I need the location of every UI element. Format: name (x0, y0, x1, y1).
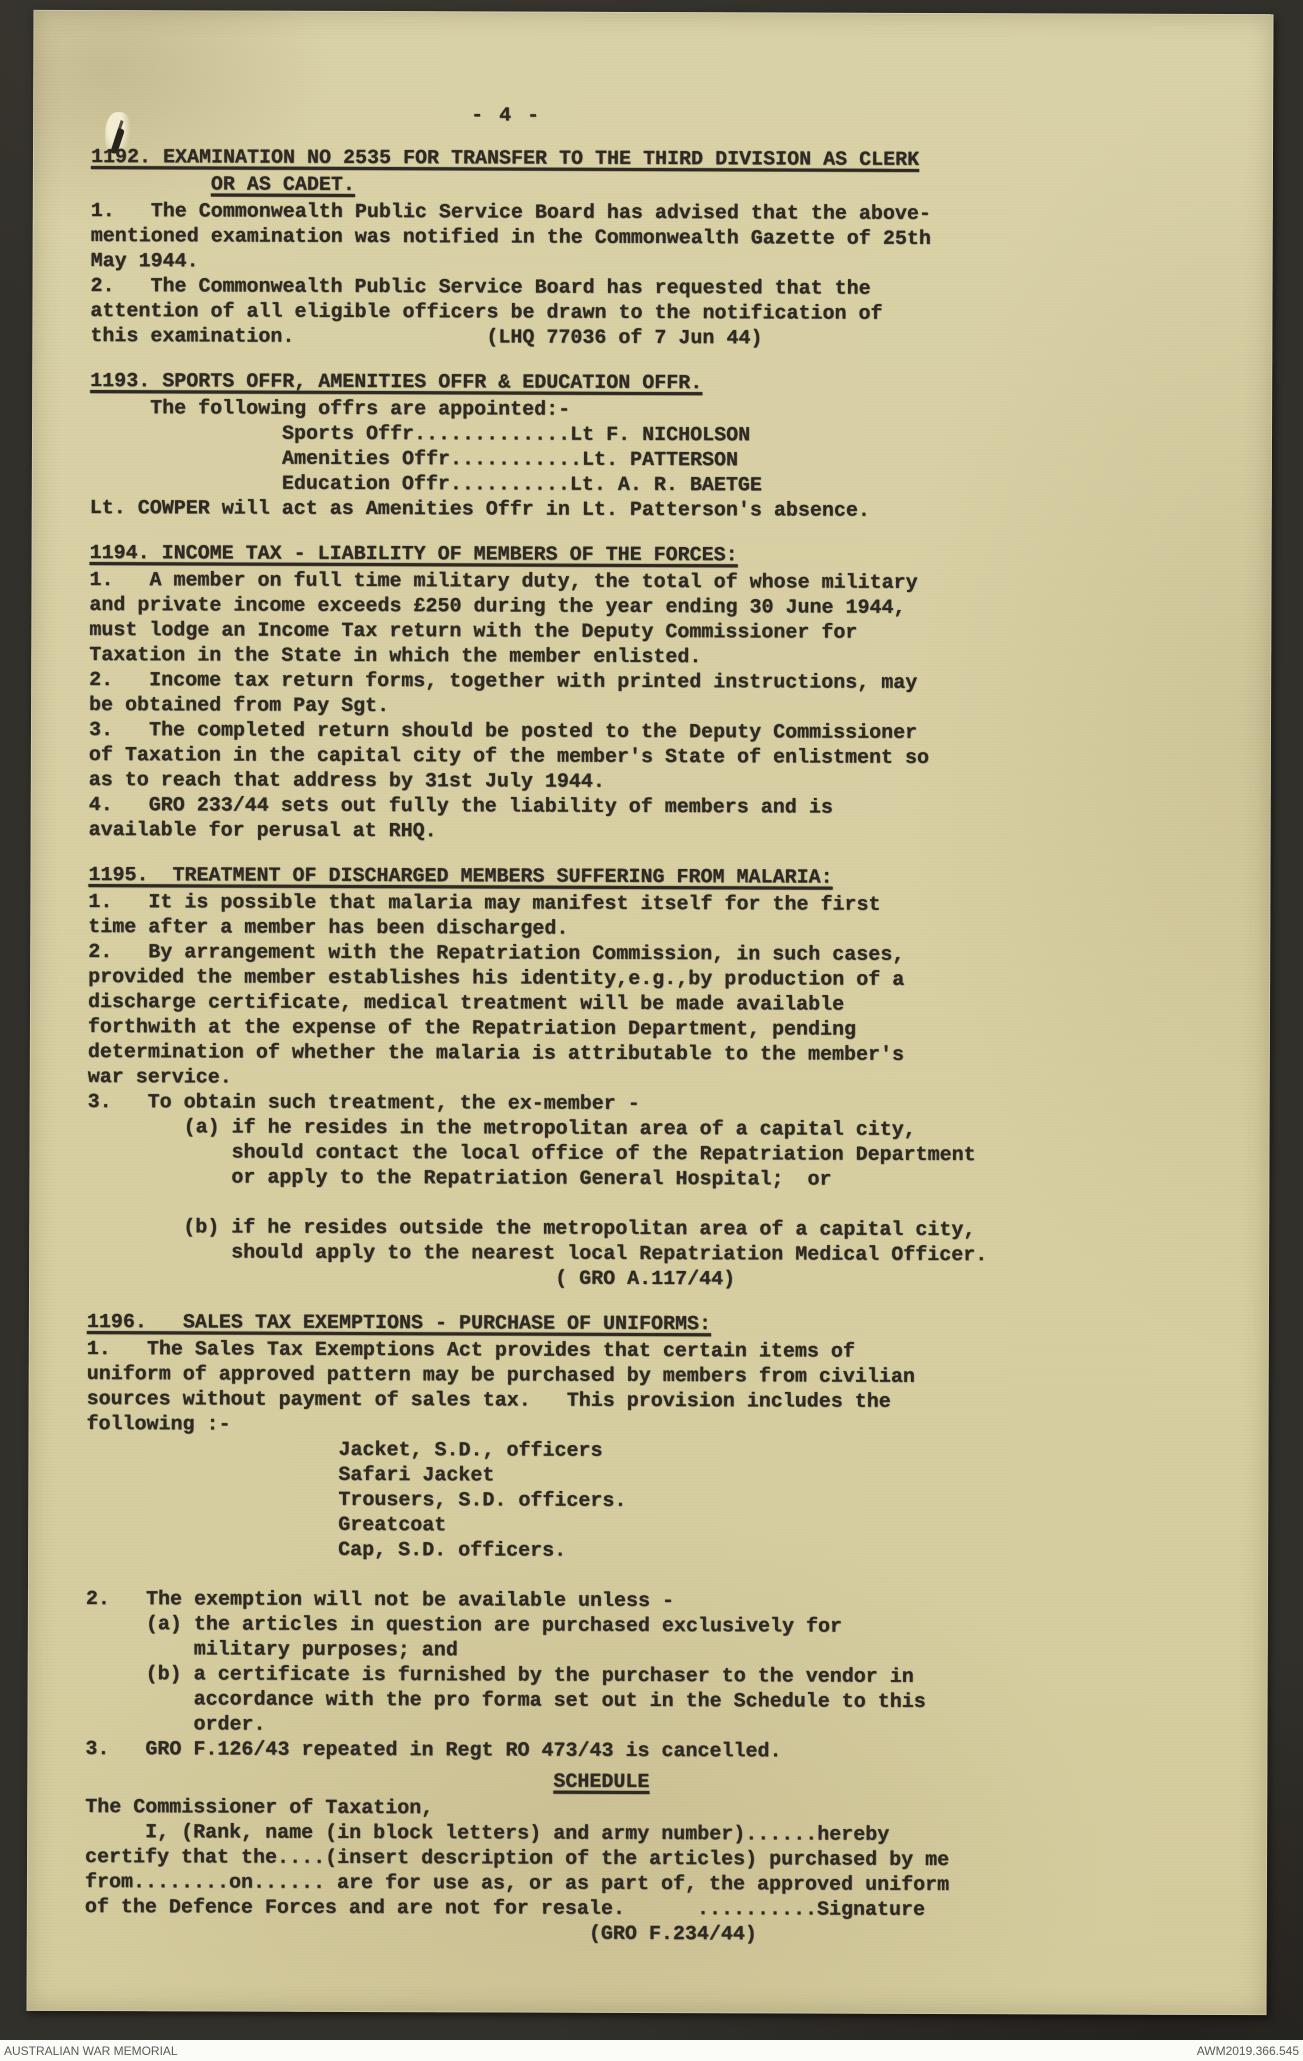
text-line: or apply to the Repatriation General Hos… (87, 1165, 947, 1193)
text-line: 1. The Sales Tax Exemptions Act provides… (87, 1337, 947, 1365)
text-line: The Commissioner of Taxation, (85, 1795, 945, 1823)
text-line: attention of all eligible officers be dr… (90, 299, 950, 327)
text-line: provided the member establishes his iden… (88, 965, 948, 993)
text-line: certify that the....(insert description … (85, 1845, 945, 1873)
text-line: should apply to the nearest local Repatr… (87, 1240, 947, 1268)
page-number: - 4 - (91, 102, 921, 130)
text-line: Jacket, S.D., officers (86, 1437, 946, 1465)
text-line (87, 1190, 947, 1218)
text-line: Lt. COWPER will act as Amenities Offr in… (90, 496, 950, 524)
text-line: military purposes; and (86, 1637, 946, 1665)
text-line: Sports Offr.............Lt F. NICHOLSON (90, 421, 950, 449)
text-line: sources without payment of sales tax. Th… (87, 1387, 947, 1415)
text-line: Safari Jacket (86, 1462, 946, 1490)
text-line: (b) a certificate is furnished by the pu… (86, 1662, 946, 1690)
text-line: from........on...... are for use as, or … (85, 1870, 945, 1898)
text-line: The following offrs are appointed:- (90, 396, 950, 424)
text-line: (a) the articles in question are purchas… (86, 1612, 946, 1640)
text-line: forthwith at the expense of the Repatria… (88, 1015, 948, 1043)
text-line: discharge certificate, medical treatment… (88, 990, 948, 1018)
text-line: 2. Income tax return forms, together wit… (89, 668, 949, 696)
text-line: May 1944. (91, 249, 951, 277)
footer-bar: AUSTRALIAN WAR MEMORIAL AWM2019.366.545 (0, 2040, 1303, 2061)
text-line: should contact the local office of the R… (87, 1140, 947, 1168)
text-line: and private income exceeds £250 during t… (89, 593, 949, 621)
archive-name: AUSTRALIAN WAR MEMORIAL (4, 2044, 178, 2058)
section-1192: 1192. EXAMINATION NO 2535 FOR TRANSFER T… (90, 145, 951, 352)
text-line: of the Defence Forces and are not for re… (85, 1895, 945, 1923)
section-schedule: SCHEDULEThe Commissioner of Taxation, I,… (85, 1768, 946, 1948)
section-1195: 1195. TREATMENT OF DISCHARGED MEMBERS SU… (87, 863, 948, 1293)
text-line: be obtained from Pay Sgt. (89, 693, 949, 721)
section-1193: 1193. SPORTS OFFR, AMENITIES OFFR & EDUC… (90, 369, 951, 524)
text-line: 3. To obtain such treatment, the ex-memb… (88, 1090, 948, 1118)
text-line: Greatcoat (86, 1512, 946, 1540)
text-line: 4. GRO 233/44 sets out fully the liabili… (89, 793, 949, 821)
section-heading-line: 1193. SPORTS OFFR, AMENITIES OFFR & EDUC… (90, 369, 950, 397)
section-heading-line: 1195. TREATMENT OF DISCHARGED MEMBERS SU… (88, 863, 948, 891)
text-line: order. (85, 1712, 945, 1740)
text-line: war service. (88, 1065, 948, 1093)
text-line: 1. A member on full time military duty, … (89, 568, 949, 596)
text-line: of Taxation in the capital city of the m… (89, 743, 949, 771)
text-line: ( GRO A.117/44) (87, 1265, 947, 1293)
section-heading-line: 1194. INCOME TAX - LIABILITY OF MEMBERS … (90, 541, 950, 569)
text-line (86, 1562, 946, 1590)
scan-background: - 4 - 1192. EXAMINATION NO 2535 FOR TRAN… (0, 0, 1303, 2061)
document-page: - 4 - 1192. EXAMINATION NO 2535 FOR TRAN… (27, 10, 1274, 2015)
section-heading-line: SCHEDULE (85, 1768, 945, 1796)
page-text: - 4 - 1192. EXAMINATION NO 2535 FOR TRAN… (85, 102, 951, 1948)
text-line: (a) if he resides in the metropolitan ar… (88, 1115, 948, 1143)
text-line: accordance with the pro forma set out in… (86, 1687, 946, 1715)
text-line: 1. The Commonwealth Public Service Board… (91, 199, 951, 227)
text-line: mentioned examination was notified in th… (91, 224, 951, 252)
text-line: available for perusal at RHQ. (89, 818, 949, 846)
text-line: 1. It is possible that malaria may manif… (88, 890, 948, 918)
text-line: (b) if he resides outside the metropolit… (87, 1215, 947, 1243)
text-line: Cap, S.D. officers. (86, 1537, 946, 1565)
catalog-number: AWM2019.366.545 (1197, 2044, 1299, 2058)
text-line: following :- (87, 1412, 947, 1440)
text-line: as to reach that address by 31st July 19… (89, 768, 949, 796)
text-line: 3. The completed return should be posted… (89, 718, 949, 746)
text-line: time after a member has been discharged. (88, 915, 948, 943)
text-line: Trousers, S.D. officers. (86, 1487, 946, 1515)
text-line: 2. The exemption will not be available u… (86, 1587, 946, 1615)
text-line: 3. GRO F.126/43 repeated in Regt RO 473/… (85, 1737, 945, 1765)
text-line: determination of whether the malaria is … (88, 1040, 948, 1068)
document-sections: 1192. EXAMINATION NO 2535 FOR TRANSFER T… (85, 145, 951, 1948)
section-heading-line: 1196. SALES TAX EXEMPTIONS - PURCHASE OF… (87, 1310, 947, 1338)
text-line: Taxation in the State in which the membe… (89, 643, 949, 671)
text-line: I, (Rank, name (in block letters) and ar… (85, 1820, 945, 1848)
section-heading-line: OR AS CADET. (91, 172, 951, 200)
text-line: 2. The Commonwealth Public Service Board… (90, 274, 950, 302)
section-heading-line: 1192. EXAMINATION NO 2535 FOR TRANSFER T… (91, 145, 951, 173)
text-line: must lodge an Income Tax return with the… (89, 618, 949, 646)
text-line: 2. By arrangement with the Repatriation … (88, 940, 948, 968)
text-line: uniform of approved pattern may be purch… (87, 1362, 947, 1390)
text-line: Education Offr..........Lt. A. R. BAETGE (90, 471, 950, 499)
section-1194: 1194. INCOME TAX - LIABILITY OF MEMBERS … (89, 541, 950, 846)
text-line: this examination. (LHQ 77036 of 7 Jun 44… (90, 324, 950, 352)
text-line: Amenities Offr...........Lt. PATTERSON (90, 446, 950, 474)
section-1196: 1196. SALES TAX EXEMPTIONS - PURCHASE OF… (85, 1310, 947, 1765)
text-line: (GRO F.234/44) (85, 1920, 945, 1948)
